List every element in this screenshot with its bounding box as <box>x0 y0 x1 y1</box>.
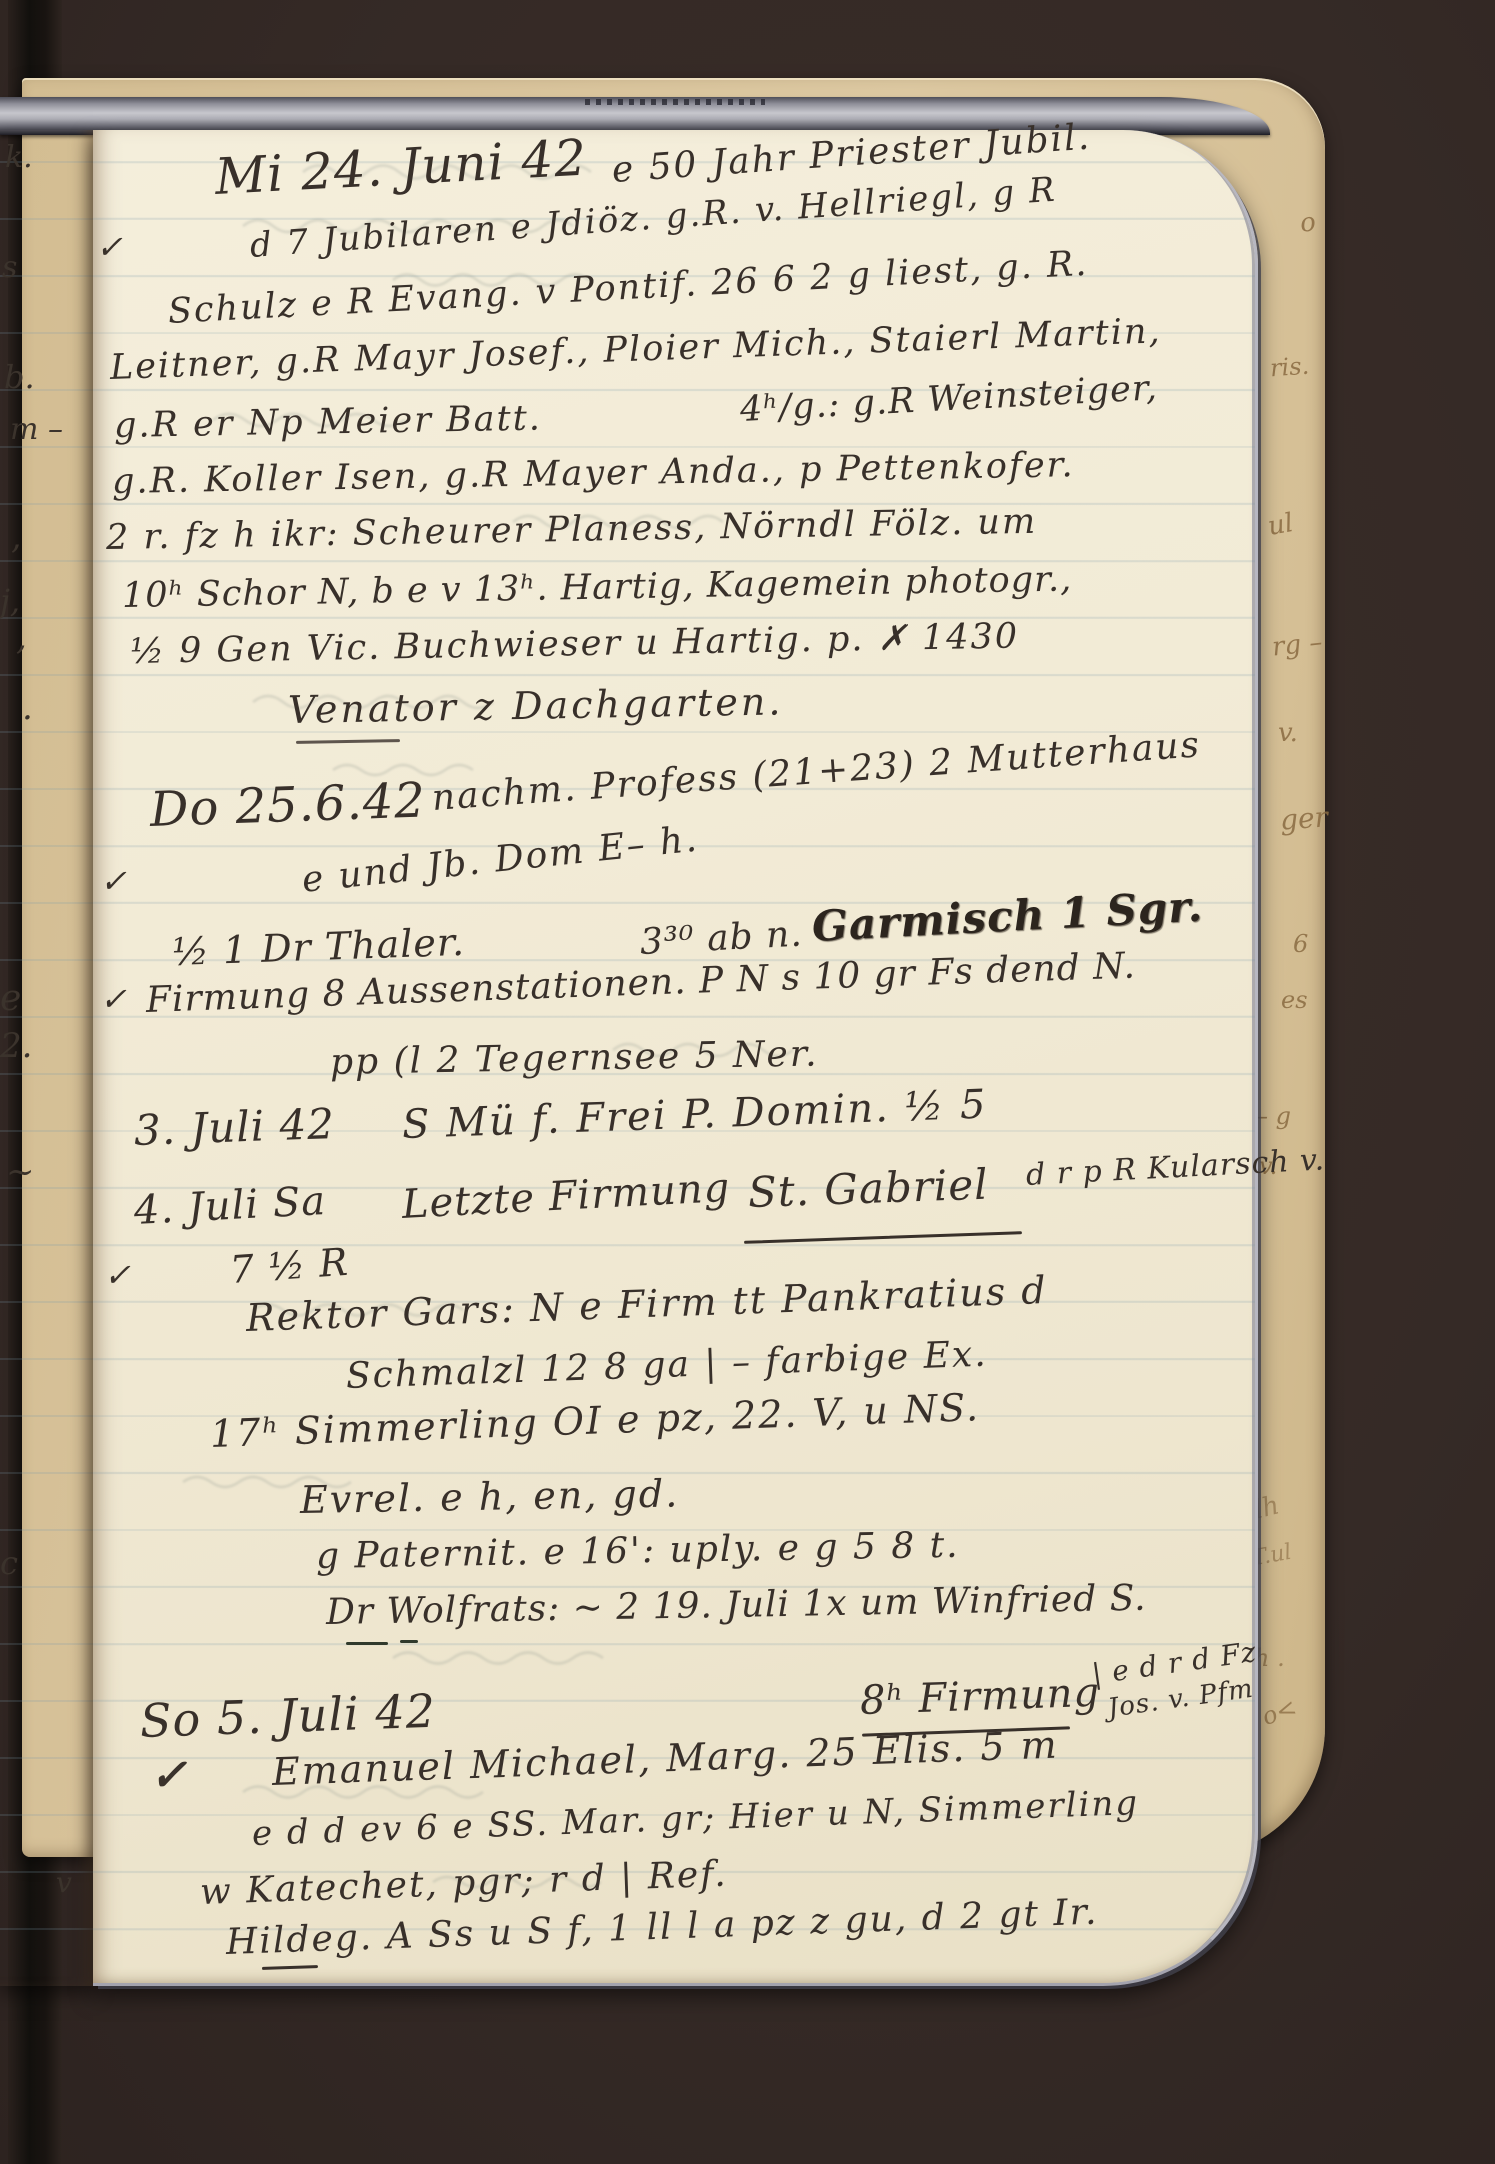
left-page-fragment: c <box>0 1544 18 1582</box>
fore-edge-stitch-marks <box>585 99 765 105</box>
left-page-fragment: 2. <box>0 1026 32 1066</box>
entry-date: So 5. Juli 42 <box>139 1684 437 1748</box>
wolfrats-underline-dash <box>346 1642 388 1645</box>
left-page-fragment: ~ <box>6 1152 35 1192</box>
left-page-fragment: j, <box>0 582 20 620</box>
left-page-fragment: m – <box>10 412 63 447</box>
bleedthrough-fragment: ris. <box>1269 352 1310 383</box>
left-page-fragment: k. <box>5 140 33 175</box>
handwriting-line: pp (l 2 Tegernsee 5 Ner. <box>330 1033 819 1083</box>
bleedthrough-fragment: 6 <box>1293 930 1308 958</box>
handwriting-line: Evrel. e h, en, gd. <box>300 1471 680 1522</box>
margin-check: ✓ <box>100 980 127 1018</box>
left-page-fragment: . <box>22 688 33 728</box>
photograph-of-handwritten-diary: { "colors": { "cover_background": "#352a… <box>0 0 1495 2164</box>
bleedthrough-fragment: ul <box>1266 508 1296 542</box>
handwriting-line: 8ʰ Firmung <box>859 1670 1101 1724</box>
handwriting-line: 7 ½ R <box>228 1240 350 1292</box>
handwriting-line: 3³⁰ ab n. <box>639 914 804 963</box>
entry-date: 3. Juli 42 <box>133 1099 336 1155</box>
margin-check-bold: ✓ <box>150 1750 187 1801</box>
bleedthrough-fragment: h . <box>1254 1644 1285 1672</box>
bleedthrough-fragment: v. <box>1278 718 1298 748</box>
left-page-fragment: e <box>0 978 21 1019</box>
bleedthrough-fragment: – g <box>1256 1102 1291 1130</box>
bleedthrough-fragment: o <box>1298 207 1318 239</box>
margin-check: ✓ <box>100 862 127 900</box>
bleedthrough-fragment: es <box>1281 986 1308 1014</box>
wolfrats-underline-dash <box>400 1640 418 1643</box>
margin-check: ✓ <box>104 1256 131 1294</box>
margin-check: ✓ <box>96 228 123 266</box>
left-page-sliver: k. s b. m – ’ j, , . e 2. ~ c v <box>0 130 93 1986</box>
left-page-fragment: ’ <box>10 538 21 578</box>
left-page-fragment: v <box>56 1866 72 1899</box>
left-page-fragment: s <box>2 250 17 285</box>
handwriting-line: St. Gabriel <box>747 1160 989 1217</box>
handwriting-line: Venator z Dachgarten. <box>288 679 784 732</box>
entry-date: Do 25.6.42 <box>149 772 427 838</box>
bleedthrough-fragment: ger <box>1279 800 1329 836</box>
handwriting-line: g.R er Np Meier Batt. <box>114 399 543 446</box>
bleedthrough-fragment: o< <box>1258 1693 1300 1731</box>
bleedthrough-fragment: rg – <box>1271 627 1324 662</box>
left-page-fragment: , <box>16 618 27 658</box>
left-page-fragment: b. <box>4 358 35 396</box>
